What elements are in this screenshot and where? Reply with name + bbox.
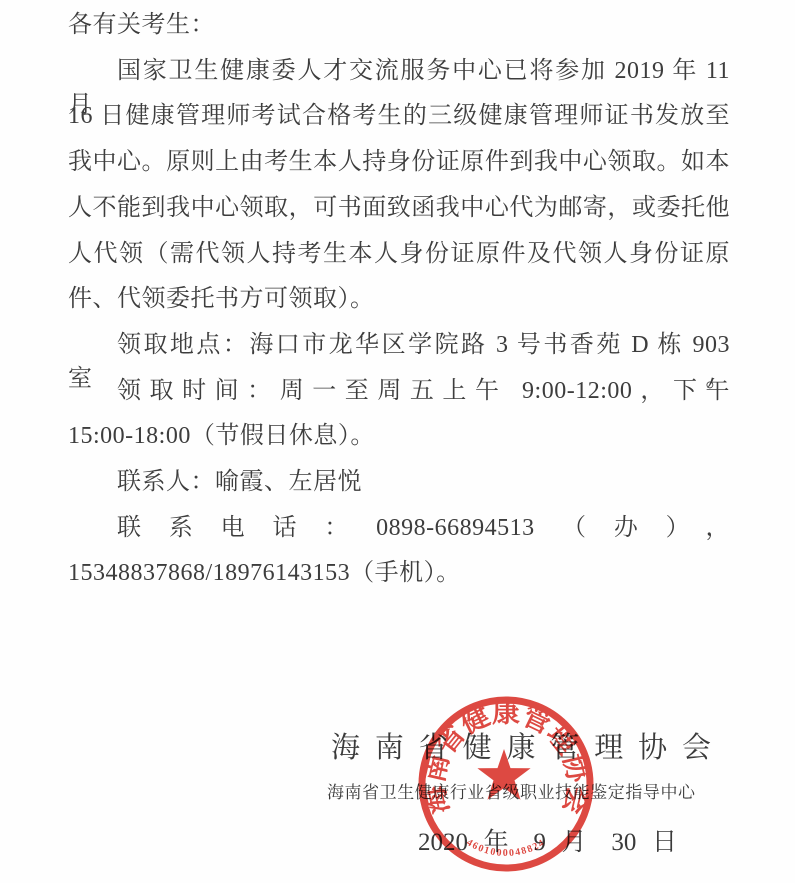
body-line: 15:00-18:00（节假日休息）。 (68, 419, 730, 453)
body-line: 15348837868/18976143153（手机）。 (68, 556, 730, 590)
body-line: 件、代领委托书方可领取）。 (68, 282, 730, 316)
seal-serial: 4601000048824 (464, 837, 547, 859)
body-line: 领取时间：周一至周五上午 9:00-12:00，下午 (68, 374, 730, 408)
official-seal: 海南省健康管理协会 4601000048824 (414, 692, 598, 876)
seal-star-icon (477, 749, 530, 800)
body-line: 人代领（需代领人持考生本人身份证原件及代领人身份证原 (68, 237, 730, 271)
body-line: 我中心。原则上由考生本人持身份证原件到我中心领取。如本 (68, 145, 730, 179)
document-page: 各有关考生：国家卫生健康委人才交流服务中心已将参加 2019 年 11 月16 … (0, 0, 795, 883)
body-line: 人不能到我中心领取，可书面致函我中心代为邮寄，或委托他 (68, 191, 730, 225)
body-line: 联系人：喻霞、左居悦 (68, 465, 730, 499)
body-line: 联系电话：0898-66894513（办）， (68, 511, 730, 545)
body-line: 16 日健康管理师考试合格考生的三级健康管理师证书发放至 (68, 99, 730, 133)
body-line: 各有关考生： (68, 8, 730, 42)
